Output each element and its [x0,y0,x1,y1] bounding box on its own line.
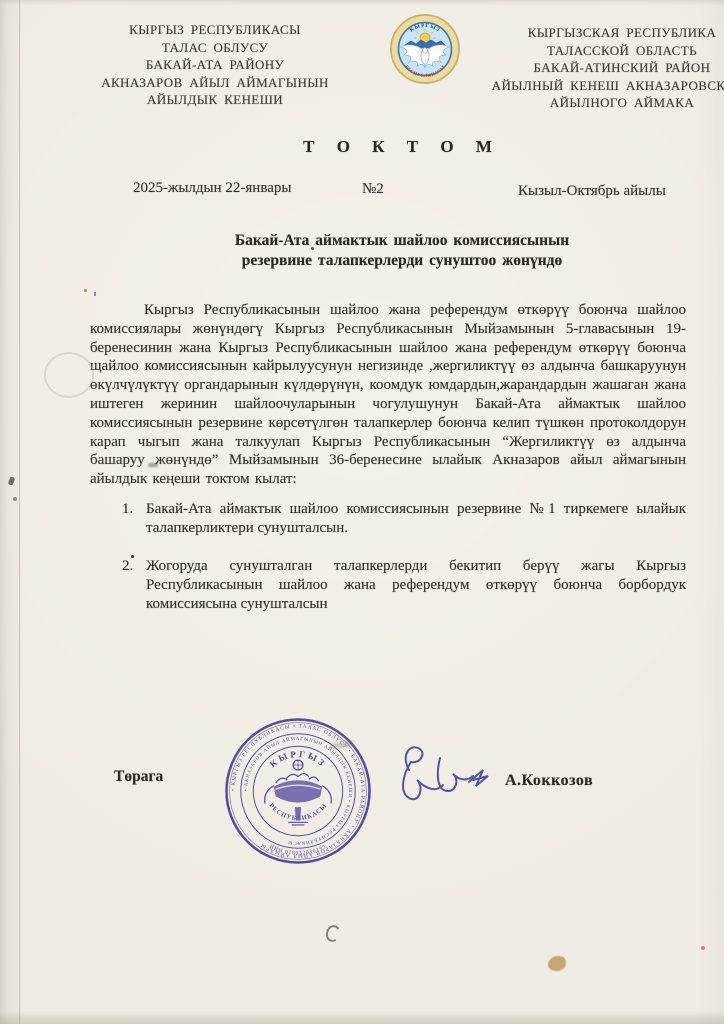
document-title: Т О К Т О М [78,137,724,157]
subject-heading: Бакай-Ата аймактык шайлоо комиссиясынын … [78,231,724,271]
letterhead-right-line: КЫРГЫЗСКАЯ РЕСПУБЛИКА [472,24,724,42]
stain [701,946,705,950]
decree-place: Кызыл-Октябрь айылы [518,183,666,200]
official-round-seal-icon: • КЫРГЫЗ РЕСПУБЛИКАСЫ • ТАЛАС ОБЛУСУ • Б… [222,715,374,867]
ink-speck [94,292,96,296]
staple-mark [324,924,342,944]
smudge [148,463,158,467]
scanned-decree-page: КЫРГЫЗ РЕСПУБЛИКАСЫ ТАЛАС ОБЛУСУ БАКАЙ-А… [0,0,724,1024]
watermark-ring [44,352,94,398]
resolution-item-2: 2. Жогоруда сунушталган талапкерлерди бе… [122,557,686,614]
resolution-number: 1. [122,500,133,519]
margin-mark [8,476,15,485]
letterhead-left-line: БАКАЙ-АТА РАЙОНУ [55,56,375,74]
letterhead-right-line: ТАЛАССКОЙ ОБЛАСТЬ [472,42,724,60]
ink-speck [84,289,87,292]
subject-line-2: резервине талапкерлерди сунуштоо жөнүндө [78,251,724,271]
resolution-item-1: 1. Бакай-Ата аймактык шайлоо комиссиясын… [122,500,686,538]
letterhead-right: КЫРГЫЗСКАЯ РЕСПУБЛИКА ТАЛАССКОЙ ОБЛАСТЬ … [472,24,724,112]
letterhead-right-line: АЙЫЛНОГО АЙМАКА [472,94,724,112]
subject-line-1: Бакай-Ата аймактык шайлоо комиссиясынын [78,231,724,251]
body-paragraph: Кыргыз Республикасынын шайлоо жана рефер… [90,301,686,489]
kyrgyz-republic-emblem-icon: КЫРГЫЗ РЕСПУБЛИКАСЫ [389,12,461,88]
letterhead-right-line: БАКАЙ-АТИНСКИЙ РАЙОН [472,59,724,77]
letterhead-left-line: ТАЛАС ОБЛУСУ [55,39,375,57]
signature-ink-icon [393,740,493,818]
ink-dot-artifact [311,247,314,250]
letterhead-left-line: АКНАЗАРОВ АЙЫЛ АЙМАГЫНЫН [55,74,375,92]
ink-dot-artifact [131,555,134,558]
resolutions-list: 1. Бакай-Ата аймактык шайлоо комиссиясын… [122,500,686,633]
signatory-name: А.Коккозов [505,772,593,790]
resolution-text: Жогоруда сунушталган талапкерлерди бекит… [146,558,686,612]
letterhead-left-line: КЫРГЫЗ РЕСПУБЛИКАСЫ [55,21,375,39]
decree-date: 2025-жылдын 22-январы [133,180,291,197]
margin-mark [13,497,17,501]
resolution-number: 2. [122,557,133,576]
paper-fold-line [19,0,20,1024]
signatory-role-label: Төрага [114,768,163,786]
letterhead-right-line: АЙЫЛНЫЙ КЕНЕШ АКНАЗАРОВСКОГО [472,77,724,95]
resolution-text: Бакай-Ата аймактык шайлоо комиссиясынын … [146,501,686,536]
letterhead-left-line: АЙЫЛДЫК КЕНЕШИ [55,91,375,109]
stain [548,956,566,971]
letterhead-left: КЫРГЫЗ РЕСПУБЛИКАСЫ ТАЛАС ОБЛУСУ БАКАЙ-А… [55,21,375,109]
decree-number: №2 [362,181,384,198]
